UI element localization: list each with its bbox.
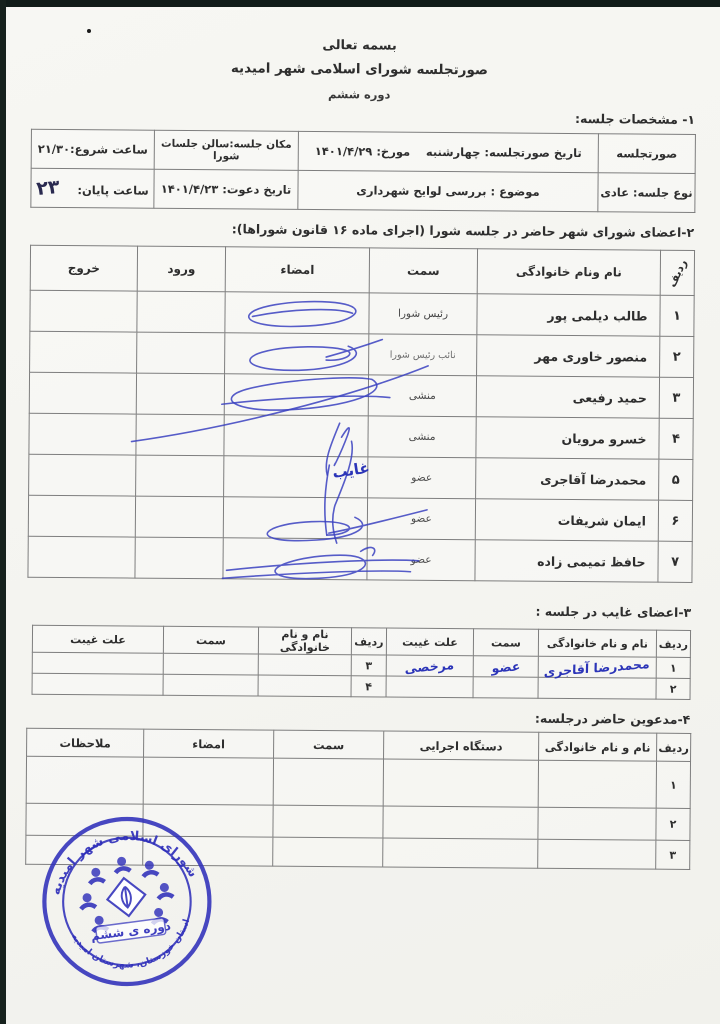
member-position: عضو	[367, 539, 475, 581]
agency-header: دستگاه اجرایی	[384, 731, 539, 760]
meeting-type-cell: نوع جلسه: عادی	[598, 173, 695, 213]
reason-header: علت غیبت	[386, 628, 473, 656]
end-time-handwritten: ۲۳	[35, 177, 60, 198]
signature-header: امضاء	[144, 729, 274, 758]
member-row: ۴ خسرو مرویان منشی	[29, 413, 693, 459]
exit-cell	[29, 372, 136, 414]
handwritten-position: عضو	[491, 658, 520, 675]
end-time-cell: ساعت پایان: ۲۳	[31, 168, 154, 208]
invitee-position-cell	[273, 837, 383, 867]
invitee-position-cell	[273, 805, 383, 838]
exit-cell	[28, 495, 135, 537]
entry-header: ورود	[137, 246, 225, 292]
member-name: محمدرضا آقاجری	[476, 458, 659, 500]
entry-cell	[136, 455, 224, 497]
table-header-row: ردیف نام ونام خانوادگی سمت امضاء ورود خر…	[30, 245, 694, 295]
absent-position-cell: عضو	[473, 656, 538, 678]
row-number: ۲	[656, 678, 690, 699]
location-cell: مکان جلسه:سالن جلسات شورا	[154, 130, 298, 170]
row-number: ۲	[660, 336, 694, 377]
name-header: نام و نام خانوادگی	[538, 629, 656, 657]
minutes-date-cell: تاریخ صورتجلسه: چهارشنبه مورخ: ۱۴۰۱/۴/۲۹	[298, 131, 598, 172]
member-name: ایمان شریفات	[475, 499, 658, 541]
absent-reason-cell	[32, 673, 163, 695]
absent-reason-cell: مرخصی	[386, 655, 473, 677]
handwritten-reason: مرخصی	[405, 656, 455, 675]
signature-header: امضاء	[225, 247, 369, 293]
table-row: نوع جلسه: عادی موضوع : بررسی لوایح شهردا…	[31, 168, 695, 212]
absent-position-cell	[473, 677, 538, 699]
section4-heading: ۴-مدعوین حاضر درجلسه:	[535, 711, 691, 727]
absent-name-cell	[538, 677, 656, 699]
start-time-cell: ساعت شروع:۲۱/۳۰	[31, 129, 154, 169]
row-number: ۵	[659, 459, 693, 500]
name-header: نام و نام خانوادگی	[258, 627, 351, 655]
term-line: دوره ششم	[0, 86, 719, 103]
row-number: ۳	[659, 377, 693, 418]
absent-name-cell: محمدرضا آقاجری	[538, 656, 656, 678]
invitee-agency-cell	[383, 838, 538, 868]
entry-cell	[136, 373, 224, 415]
member-position: رئیس شورا	[369, 293, 477, 335]
end-time-label: ساعت پایان:	[77, 183, 148, 198]
absent-name-cell	[258, 654, 351, 676]
member-row: ۶ ایمان شریفات عضو	[28, 495, 692, 541]
row-header: ردیف	[660, 250, 694, 295]
absent-row: ۲ ۴	[32, 673, 690, 699]
entry-cell	[136, 414, 224, 456]
table-row: صورتجلسه تاریخ صورتجلسه: چهارشنبه مورخ: …	[31, 129, 695, 173]
name-header: نام و نام خانوادگی	[539, 732, 657, 761]
entry-cell	[135, 496, 223, 538]
stamp-graphic: شورای اسلامی شهر امیدیه استان خوزستان، ش…	[26, 800, 228, 1002]
remarks-header: ملاحظات	[27, 728, 144, 757]
iran-emblem-icon	[105, 876, 148, 919]
signature-cell	[223, 497, 367, 539]
absent-reason-cell	[32, 652, 163, 674]
row-number: ۴	[659, 418, 693, 459]
entry-cell	[137, 332, 225, 374]
invitation-date-cell: تاریخ دعوت: ۱۴۰۱/۴/۲۳	[154, 169, 298, 209]
member-position: عضو	[368, 457, 476, 499]
exit-cell	[28, 536, 135, 578]
exit-cell	[30, 290, 137, 332]
position-header: سمت	[473, 629, 538, 657]
scanned-document-page: بسمه تعالی صورتجلسه شورای اسلامی شهر امی…	[0, 0, 720, 1024]
section2-heading: ۲-اعضای شورای شهر حاضر در جلسه شورا (اجر…	[232, 221, 694, 240]
invitee-name-cell	[538, 807, 656, 840]
member-row: ۳ حمید رفیعی منشی	[29, 372, 693, 418]
row-header: ردیف	[656, 630, 690, 657]
absent-name-cell	[258, 675, 351, 697]
row-number: ۱	[660, 295, 694, 336]
name-header: نام ونام خانوادگی	[477, 249, 660, 295]
invitee-row: ۱	[26, 756, 690, 808]
position-header: سمت	[369, 248, 477, 294]
row-number: ۱	[656, 761, 690, 808]
handwritten-name: محمدرضا آقاجری	[544, 655, 650, 678]
absent-position-cell	[163, 653, 258, 675]
entry-cell	[137, 291, 225, 333]
absent-members-table: ردیف نام و نام خانوادگی سمت علت غیبت ردی…	[32, 625, 692, 700]
row-number: ۱	[656, 657, 690, 678]
exit-header: خروج	[30, 245, 137, 291]
row-number: ۴	[351, 676, 386, 697]
minutes-date-text: تاریخ صورتجلسه: چهارشنبه	[426, 145, 582, 160]
member-position: عضو	[367, 498, 475, 540]
row-header: ردیف	[351, 628, 386, 655]
document-title: صورتجلسه شورای اسلامی شهر امیدیه	[0, 61, 719, 80]
council-stamp: شورای اسلامی شهر امیدیه استان خوزستان، ش…	[26, 800, 228, 1002]
member-name: حمید رفیعی	[476, 376, 659, 418]
invitee-agency-cell	[383, 806, 538, 839]
member-row: ۱ طالب دیلمی پور رئیس شورا	[30, 290, 694, 336]
bismillah-line: بسمه تعالی	[0, 37, 720, 56]
row-number: ۳	[656, 840, 690, 869]
invitee-remarks-cell	[26, 756, 143, 804]
dated-text: مورخ: ۱۴۰۱/۴/۲۹	[315, 144, 410, 159]
section3-heading: ۳-اعضای غایب در جلسه :	[535, 604, 691, 620]
document-content: بسمه تعالی صورتجلسه شورای اسلامی شهر امی…	[0, 0, 720, 1024]
subject-cell: موضوع : بررسی لوایح شهرداری	[298, 170, 598, 211]
document-header: بسمه تعالی صورتجلسه شورای اسلامی شهر امی…	[0, 37, 720, 104]
absent-position-cell	[163, 674, 258, 696]
meeting-info-table: صورتجلسه تاریخ صورتجلسه: چهارشنبه مورخ: …	[30, 129, 696, 213]
signature-cell	[224, 374, 368, 416]
present-members-table: ردیف نام ونام خانوادگی سمت امضاء ورود خر…	[27, 245, 695, 583]
row-number: ۶	[658, 500, 692, 541]
member-name: طالب دیلمی پور	[477, 294, 660, 336]
signature-cell	[224, 415, 368, 457]
absent-reason-cell	[386, 676, 473, 698]
row-number: ۳	[351, 655, 386, 676]
member-row: ۷ حافظ تمیمی زاده عضو	[28, 536, 692, 582]
invitee-agency-cell	[383, 759, 538, 807]
row-header: ردیف	[657, 733, 691, 761]
row-number: ۷	[658, 541, 692, 582]
exit-cell	[30, 331, 137, 373]
row-number: ۲	[656, 808, 690, 840]
exit-cell	[29, 413, 136, 455]
member-name: خسرو مرویان	[476, 417, 659, 459]
invitee-name-cell	[538, 760, 656, 808]
signature-cell	[225, 292, 369, 334]
member-position: منشی	[368, 375, 476, 417]
position-header: سمت	[274, 730, 384, 759]
signature-cell	[225, 333, 369, 375]
invitee-name-cell	[538, 839, 656, 869]
section1-heading: ۱- مشخصات جلسه:	[575, 111, 695, 127]
member-name: حافظ تمیمی زاده	[475, 540, 658, 582]
reason-header: علت غیبت	[32, 625, 163, 653]
exit-cell	[29, 454, 136, 496]
invitee-signature-cell	[143, 757, 273, 805]
position-header: سمت	[163, 626, 258, 654]
signature-cell	[223, 538, 367, 580]
member-row: ۲ منصور خاوری مهر نائب رئیس شورا	[30, 331, 694, 377]
member-position: نائب رئیس شورا	[369, 334, 477, 376]
entry-cell	[135, 537, 223, 579]
invitee-position-cell	[273, 758, 383, 806]
minutes-label-cell: صورتجلسه	[598, 134, 695, 174]
member-position: منشی	[368, 416, 476, 458]
member-name: منصور خاوری مهر	[477, 335, 660, 377]
